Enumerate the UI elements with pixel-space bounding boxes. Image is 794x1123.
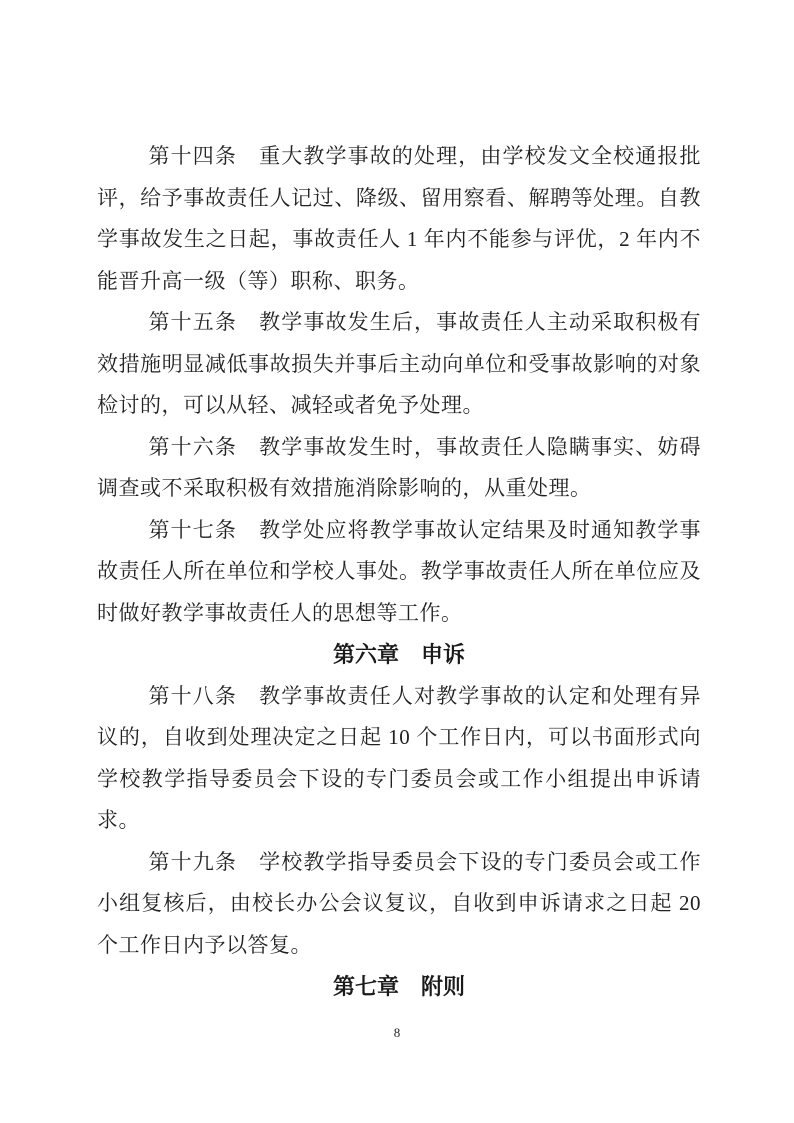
article-paragraph-17: 第十七条 教学处应将教学事故认定结果及时通知教学事故责任人所在单位和学校人事处。…: [97, 510, 701, 635]
article-paragraph-18: 第十八条 教学事故责任人对教学事故的认定和处理有异议的，自收到处理决定之日起 1…: [97, 676, 701, 842]
document-body: 第十四条 重大教学事故的处理，由学校发文全校通报批评，给予事故责任人记过、降级、…: [97, 136, 701, 1008]
article-paragraph-14: 第十四条 重大教学事故的处理，由学校发文全校通报批评，给予事故责任人记过、降级、…: [97, 136, 701, 302]
page-footer: 8: [0, 1024, 794, 1042]
article-paragraph-16: 第十六条 教学事故发生时，事故责任人隐瞒事实、妨碍调查或不采取积极有效措施消除影…: [97, 427, 701, 510]
page-number: 8: [394, 1025, 401, 1040]
chapter-heading-7-supplementary: 第七章 附则: [97, 966, 701, 1008]
article-paragraph-19: 第十九条 学校教学指导委员会下设的专门委员会或工作小组复核后，由校长办公会议复议…: [97, 842, 701, 967]
document-page: 第十四条 重大教学事故的处理，由学校发文全校通报批评，给予事故责任人记过、降级、…: [0, 0, 794, 1123]
article-paragraph-15: 第十五条 教学事故发生后，事故责任人主动采取积极有效措施明显减低事故损失并事后主…: [97, 302, 701, 427]
chapter-heading-6-appeal: 第六章 申诉: [97, 634, 701, 676]
